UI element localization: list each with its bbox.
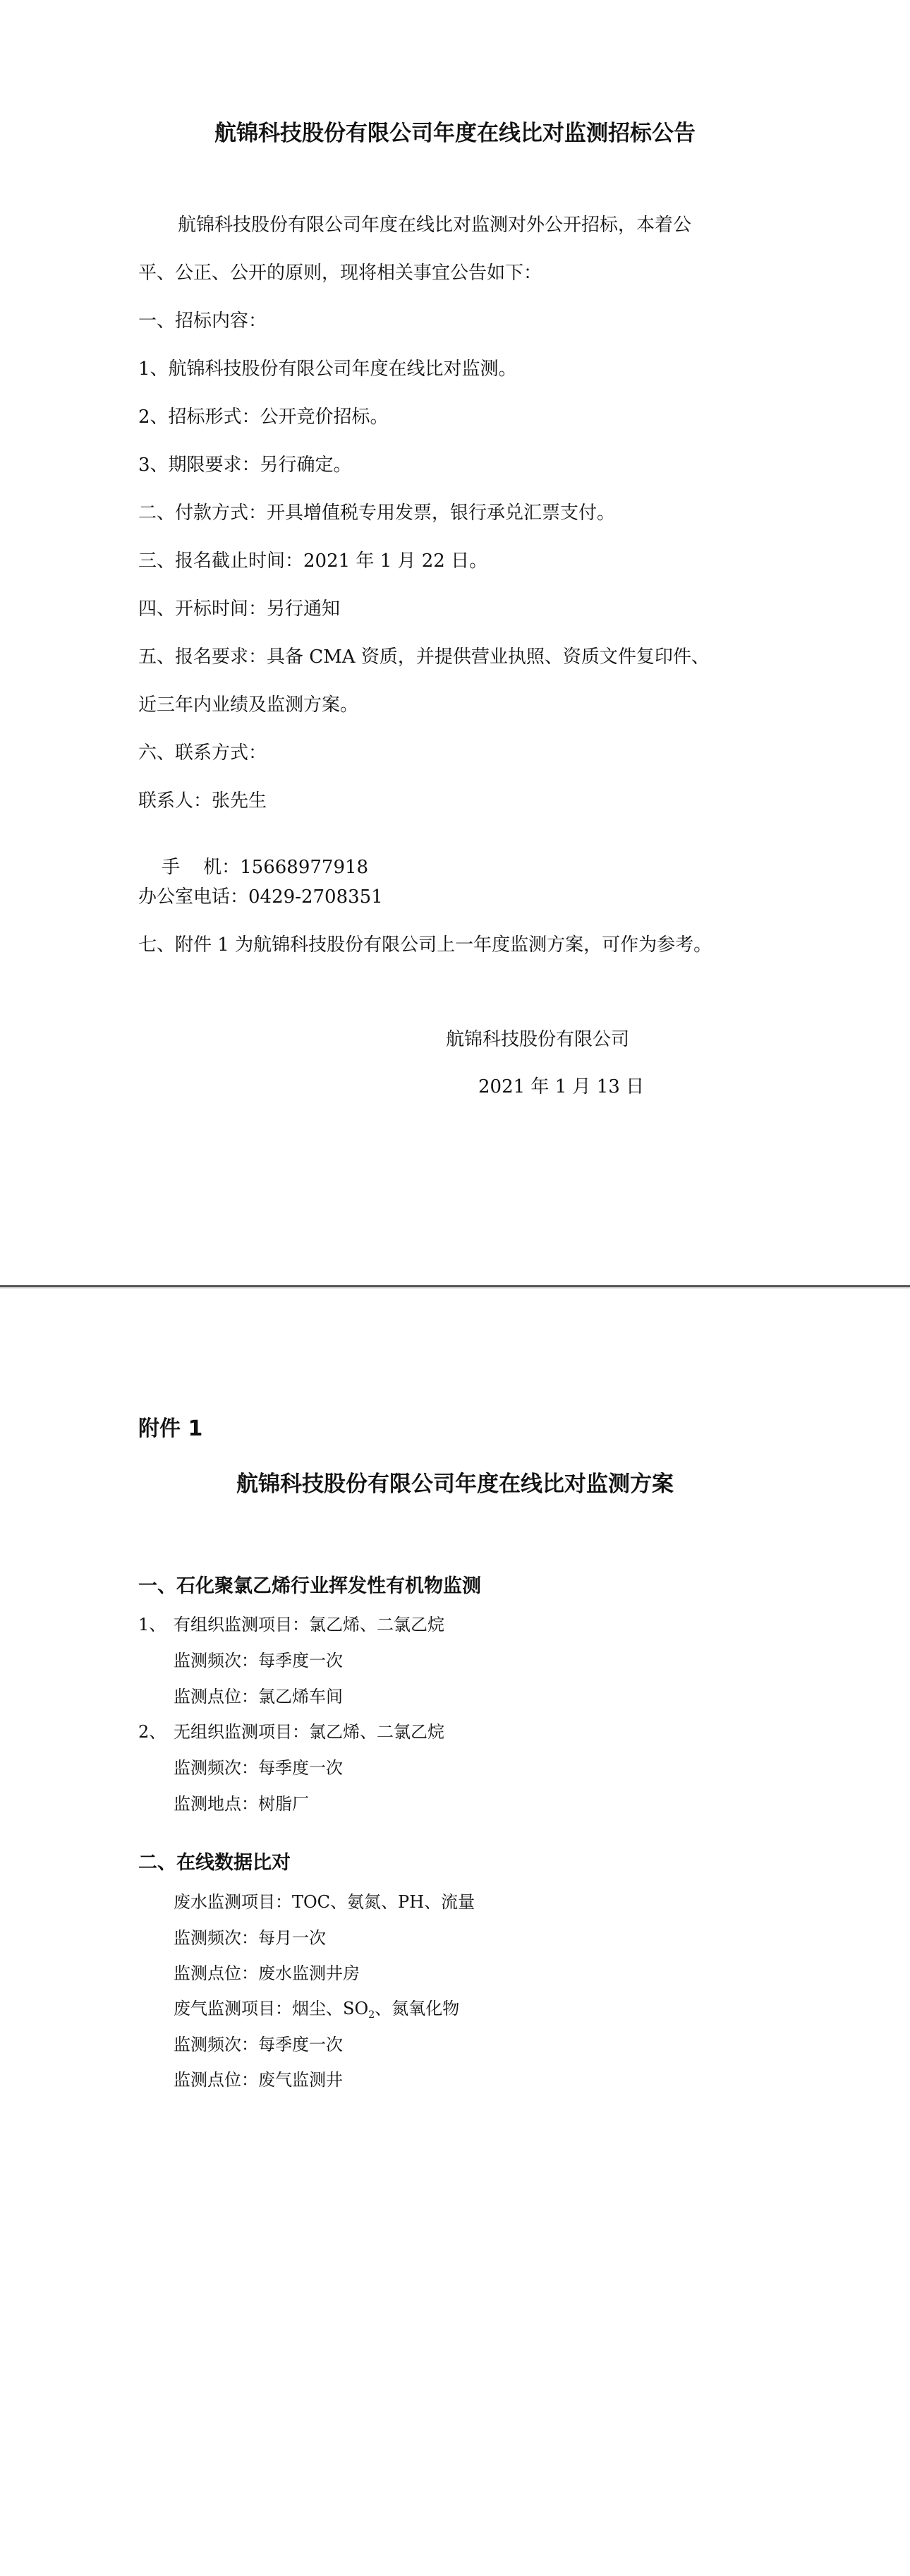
section-bid-content: 一、招标内容： bbox=[138, 312, 267, 330]
wastewater-monitoring-location: 监测点位：废水监测井房 bbox=[174, 1965, 360, 1982]
annex-label: 附件 1 bbox=[138, 1419, 202, 1440]
organized-monitoring-items: 有组织监测项目：氯乙烯、二氯乙烷 bbox=[174, 1616, 444, 1633]
section-payment: 二、付款方式：开具增值税专用发票，银行承兑汇票支付。 bbox=[138, 504, 615, 522]
section-registration-requirements: 五、报名要求：具备 CMA 资质，并提供营业执照、资质文件复印件、 bbox=[138, 648, 710, 666]
contact-person: 张先生 bbox=[212, 790, 267, 812]
attachment-note: 七、附件 1 为航锦科技股份有限公司上一年度监测方案，可作为参考。 bbox=[138, 936, 712, 954]
mobile-label: 手 机： bbox=[162, 857, 240, 878]
wastewater-monitoring-items: 废水监测项目：TOC、氨氮、PH、流量 bbox=[174, 1894, 475, 1910]
organized-monitoring-location: 监测点位：氯乙烯车间 bbox=[174, 1688, 343, 1705]
item-bid-form: 2、招标形式：公开竞价招标。 bbox=[138, 408, 389, 426]
notice-page: 航锦科技股份有限公司年度在线比对监测招标公告 航锦科技股份有限公司年度在线比对监… bbox=[0, 0, 910, 1283]
intro-line-1: 航锦科技股份有限公司年度在线比对监测对外公开招标，本着公 bbox=[178, 216, 691, 234]
section1-num-2: 2、 bbox=[138, 1723, 166, 1740]
contact-person-row: 联系人：张先生 bbox=[138, 792, 267, 810]
section-bid-opening: 四、开标时间：另行通知 bbox=[138, 600, 340, 618]
signature-company: 航锦科技股份有限公司 bbox=[446, 1030, 629, 1049]
office-phone: 0429-2708351 bbox=[248, 886, 383, 908]
exhaust-monitoring-items: 废气监测项目：烟尘、SO2、氮氧化物 bbox=[174, 2000, 459, 2020]
exhaust-items-rest: 、氮氧化物 bbox=[375, 1999, 459, 2018]
section-contact: 六、联系方式： bbox=[138, 744, 267, 762]
exhaust-monitoring-location: 监测点位：废气监测井 bbox=[174, 2071, 343, 2088]
item-deadline-requirement: 3、期限要求：另行确定。 bbox=[138, 456, 352, 474]
fugitive-monitoring-frequency: 监测频次：每季度一次 bbox=[174, 1759, 343, 1776]
office-phone-row: 办公室电话：0429-2708351 bbox=[138, 888, 383, 906]
section-registration-deadline: 三、报名截止时间：2021 年 1 月 22 日。 bbox=[138, 552, 487, 570]
annex-title: 航锦科技股份有限公司年度在线比对监测方案 bbox=[0, 1474, 910, 1495]
organized-monitoring-frequency: 监测频次：每季度一次 bbox=[174, 1652, 343, 1669]
exhaust-items-text: 废气监测项目：烟尘、SO bbox=[174, 1999, 368, 2018]
annex-page: 附件 1 航锦科技股份有限公司年度在线比对监测方案 一、石化聚氯乙烯行业挥发性有… bbox=[0, 1289, 910, 2576]
mobile-number: 15668977918 bbox=[240, 857, 368, 878]
office-phone-label: 办公室电话： bbox=[138, 886, 248, 908]
fugitive-monitoring-location: 监测地点：树脂厂 bbox=[174, 1795, 309, 1812]
notice-title: 航锦科技股份有限公司年度在线比对监测招标公告 bbox=[0, 123, 910, 145]
contact-person-label: 联系人： bbox=[138, 790, 212, 812]
section2-heading: 二、在线数据比对 bbox=[138, 1853, 291, 1872]
section1-num-1: 1、 bbox=[138, 1616, 166, 1633]
signature-date: 2021 年 1 月 13 日 bbox=[478, 1078, 644, 1096]
fugitive-monitoring-items: 无组织监测项目：氯乙烯、二氯乙烷 bbox=[174, 1723, 444, 1740]
intro-line-2: 平、公正、公开的原则，现将相关事宜公告如下： bbox=[138, 264, 542, 282]
registration-requirements-cont: 近三年内业绩及监测方案。 bbox=[138, 696, 358, 714]
so2-subscript: 2 bbox=[368, 2009, 375, 2021]
item-bid-content-1: 1、航锦科技股份有限公司年度在线比对监测。 bbox=[138, 360, 517, 378]
exhaust-monitoring-frequency: 监测频次：每季度一次 bbox=[174, 2036, 343, 2053]
section1-heading: 一、石化聚氯乙烯行业挥发性有机物监测 bbox=[138, 1577, 481, 1596]
wastewater-monitoring-frequency: 监测频次：每月一次 bbox=[174, 1930, 326, 1946]
